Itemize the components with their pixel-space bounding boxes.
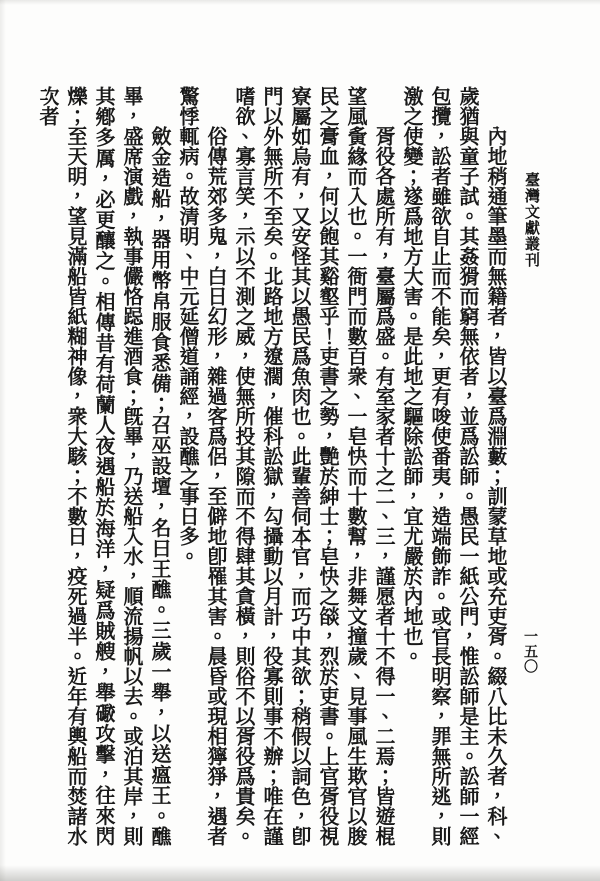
paragraph-ghost-lore: 俗傳荒郊多鬼，白日幻形，雜過客爲侶，至僻地卽罹其害。晨昏或現相獰猙，遇者驚悸輒病… — [174, 86, 230, 846]
paragraph-litigation-masters: 內地稍通筆墨而無籍者，皆以臺爲淵藪；訓蒙草地或充吏胥。綴八比未久者，科、歲猶與童… — [398, 86, 510, 846]
paragraph-yamen-clerks: 胥役各處所有，臺屬爲盛。有室家者十之二、三，謹愿者十不得一、二焉；皆遊棍望風夤緣… — [230, 86, 398, 846]
paragraph-wang-jiao-boat-ritual: 斂金造船，器用幣帛服食悉備；召巫設壇，名曰王醮。三歲一舉，以送瘟王。醮畢，盛席演… — [34, 86, 174, 846]
scan-edge-left — [0, 0, 6, 881]
scan-edge-shadow — [0, 865, 600, 881]
page-number: 一五〇 — [520, 629, 540, 674]
scanned-book-page: 臺灣文獻叢刊 一五〇 內地稍通筆墨而無籍者，皆以臺爲淵藪；訓蒙草地或充吏胥。綴八… — [0, 0, 600, 881]
scan-edge-top — [0, 0, 600, 5]
vertical-text-block: 內地稍通筆墨而無籍者，皆以臺爲淵藪；訓蒙草地或充吏胥。綴八比未久者，科、歲猶與童… — [34, 86, 510, 846]
series-running-title: 臺灣文獻叢刊 — [522, 172, 543, 268]
